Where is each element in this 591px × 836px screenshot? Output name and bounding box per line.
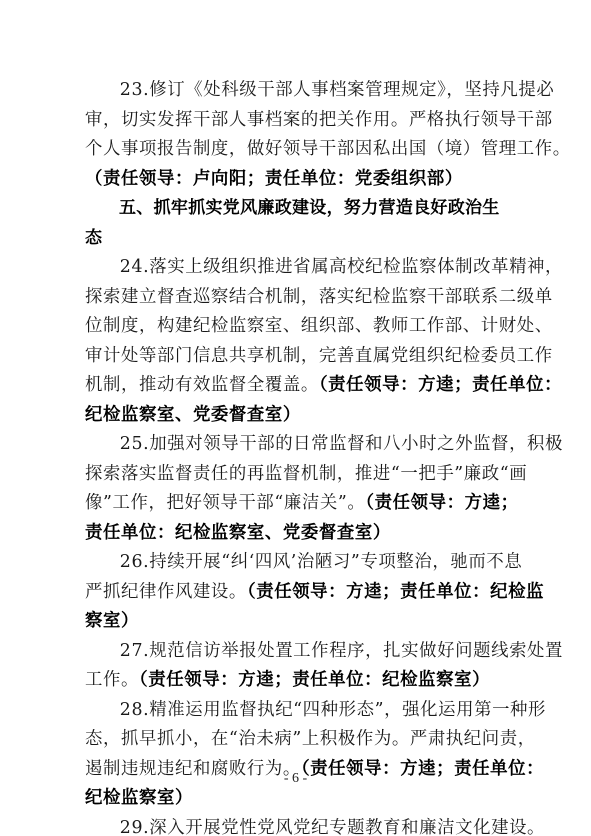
item-28: 28.精准运用监督执纪“四种形态”，强化运用第一种形 态，抓早抓小，在“治未病”… (85, 696, 503, 814)
item-24-line-2: 探索建立督查巡察结合机制，落实纪检监察干部联系二级单 (85, 283, 503, 313)
item-24-line-4: 审计处等部门信息共享机制，完善直属党组织纪检委员工作 (85, 342, 503, 372)
item-25-responsibility-1: （责任领导：方逵； (365, 493, 518, 513)
item-29-line-1: 29.深入开展党性党风党纪专题教育和廉洁文化建设。 (85, 814, 503, 836)
item-26-line-1: 26.持续开展“纠‘四风’治陋习”专项整治，驰而不息 (85, 548, 503, 578)
item-25-line-1: 25.加强对领导干部的日常监督和八小时之外监督，积极 (85, 430, 503, 460)
document-page: 23.修订《处科级干部人事档案管理规定》，坚持凡提必 审，切实发挥干部人事档案的… (0, 0, 591, 836)
item-25: 25.加强对领导干部的日常监督和八小时之外监督，积极 探索落实监督责任的再监督机… (85, 430, 503, 548)
item-27-line-1: 27.规范信访举报处置工作程序，扎实做好问题线索处置 (85, 637, 503, 667)
item-25-responsibility-2: 责任单位：纪检监察室、党委督查室） (85, 519, 503, 549)
item-27: 27.规范信访举报处置工作程序，扎实做好问题线索处置 工作。（责任领导：方逵；责… (85, 637, 503, 696)
item-24: 24.落实上级组织推进省属高校纪检监察体制改革精神， 探索建立督查巡察结合机制，… (85, 253, 503, 430)
item-26-responsibility-1: （责任领导：方逵；责任单位：纪检监 (247, 582, 544, 602)
item-23-line-2: 审，切实发挥干部人事档案的把关作用。严格执行领导干部 (85, 106, 503, 136)
item-24-responsibility-1: （责任领导：方逵；责任单位： (319, 375, 562, 395)
item-28-line-1: 28.精准运用监督执纪“四种形态”，强化运用第一种形 (85, 696, 503, 726)
item-26: 26.持续开展“纠‘四风’治陋习”专项整治，驰而不息 严抓纪律作风建设。（责任领… (85, 548, 503, 637)
item-23: 23.修订《处科级干部人事档案管理规定》，坚持凡提必 审，切实发挥干部人事档案的… (85, 76, 503, 194)
item-26-line-2: 严抓纪律作风建设。 (85, 582, 247, 602)
item-28-responsibility-2: 纪检监察室） (85, 784, 503, 814)
item-23-responsibility: （责任领导：卢向阳；责任单位：党委组织部） (85, 165, 503, 195)
item-23-line-1: 23.修订《处科级干部人事档案管理规定》，坚持凡提必 (85, 76, 503, 106)
item-27-line-2: 工作。 (85, 670, 139, 690)
item-24-responsibility-2: 纪检监察室、党委督查室） (85, 401, 503, 431)
item-29: 29.深入开展党性党风党纪专题教育和廉洁文化建设。 (85, 814, 503, 836)
item-24-line-5: 机制，推动有效监督全覆盖。 (85, 375, 319, 395)
item-24-line-3: 位制度，构建纪检监察室、组织部、教师工作部、计财处、 (85, 312, 503, 342)
item-23-line-3: 个人事项报告制度，做好领导干部因私出国（境）管理工作。 (85, 135, 503, 165)
item-25-line-3: 像”工作，把好领导干部“廉洁关”。 (85, 493, 365, 513)
item-24-line-1: 24.落实上级组织推进省属高校纪检监察体制改革精神， (85, 253, 503, 283)
item-26-responsibility-2: 察室） (85, 607, 503, 637)
item-28-line-2: 态，抓早抓小，在“治未病”上积极作为。严肃执纪问责， (85, 725, 503, 755)
item-25-line-2: 探索落实监督责任的再监督机制，推进“一把手”廉政“画 (85, 460, 503, 490)
section-heading: 五、抓牢抓实党风廉政建设，努力营造良好政治生态 (85, 194, 503, 253)
item-27-responsibility: （责任领导：方逵；责任单位：纪检监察室） (139, 670, 490, 690)
document-body: 23.修订《处科级干部人事档案管理规定》，坚持凡提必 审，切实发挥干部人事档案的… (85, 76, 503, 836)
page-number: - 6 - (0, 771, 591, 787)
